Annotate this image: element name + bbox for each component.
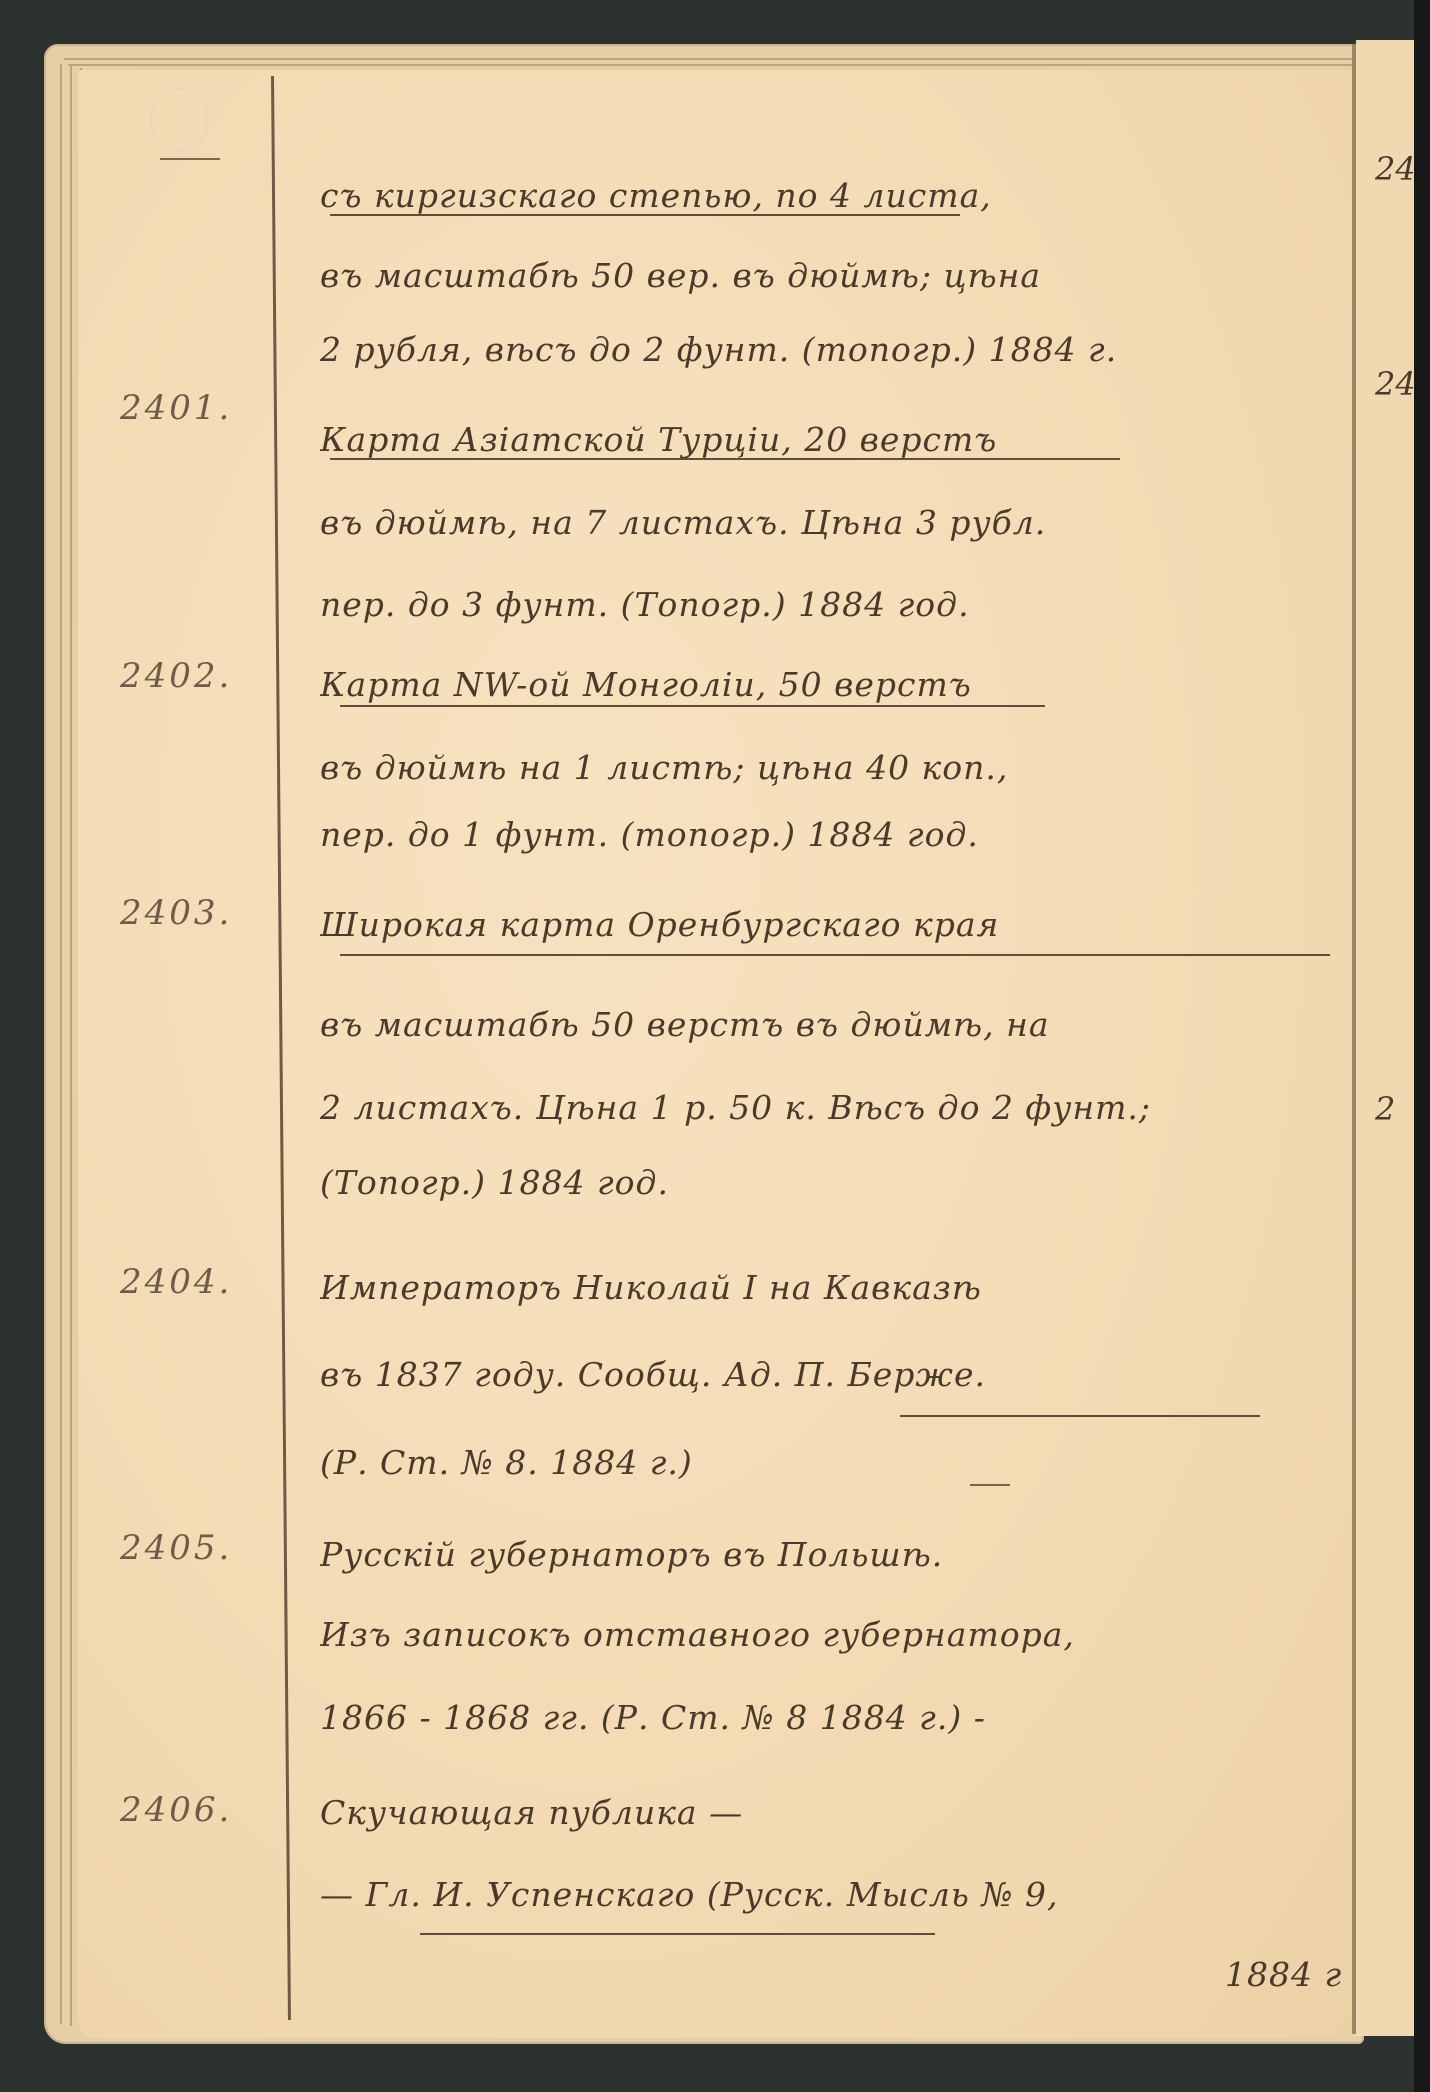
- entry-line: Императоръ Николай I на Кавказѣ: [320, 1268, 1340, 1307]
- entry-line: (Р. Ст. № 8. 1884 г.): [320, 1443, 1340, 1482]
- entry-line: пер. до 3 фунт. (Топогр.) 1884 год.: [320, 585, 1340, 624]
- entry-number: 2404.: [120, 1262, 270, 1302]
- entry-line: Карта NW-ой Монголіи, 50 верстъ: [320, 665, 1340, 704]
- underline: [330, 458, 1120, 460]
- page-edge-line: [70, 66, 72, 2026]
- entry-line: Скучающая публика —: [320, 1793, 1340, 1832]
- entry-line: Русскій губернаторъ въ Польшѣ.: [320, 1535, 1340, 1574]
- entry-line: Изъ записокъ отставного губернатора,: [320, 1615, 1340, 1654]
- entry-line: Широкая карта Оренбургскаго края: [320, 905, 1340, 944]
- underline: [340, 954, 1330, 956]
- adjacent-page: [1356, 40, 1414, 2036]
- page-edge-line: [64, 58, 1354, 60]
- entry-line: 2 рубля, вѣсъ до 2 фунт. (топогр.) 1884 …: [320, 330, 1340, 369]
- underline: [330, 214, 960, 216]
- entry-number: 2405.: [120, 1528, 270, 1568]
- entry-line: въ масштабѣ 50 верстъ въ дюймѣ, на: [320, 1005, 1340, 1044]
- entry-line: съ киргизскаго степью, по 4 листа,: [320, 176, 1340, 215]
- adjacent-page-number: 24: [1375, 150, 1413, 188]
- adjacent-page-number: 24: [1375, 365, 1413, 403]
- entry-line: въ 1837 году. Сообщ. Ад. П. Берже.: [320, 1355, 1340, 1394]
- entry-line: 1884 г.): [1225, 1955, 1345, 1994]
- adjacent-page-number: 2: [1375, 1090, 1413, 1128]
- entry-line: въ дюймѣ, на 7 листахъ. Цѣна 3 рубл.: [320, 503, 1340, 542]
- entry-line: въ дюймѣ на 1 листѣ; цѣна 40 коп.,: [320, 748, 1340, 787]
- page-edge-line: [68, 64, 1358, 66]
- binding-edge: [1414, 0, 1430, 2092]
- underline: [900, 1415, 1260, 1417]
- entry-number: 2402.: [120, 656, 270, 696]
- underline: [420, 1933, 935, 1935]
- margin-dash: [160, 158, 220, 160]
- underline: [340, 705, 1045, 707]
- page-gutter: [1352, 44, 1356, 2034]
- entry-number: 2401.: [120, 388, 270, 428]
- faded-stamp-icon: [150, 88, 209, 152]
- margin-dash: [970, 1484, 1010, 1486]
- page-edge-line: [60, 64, 62, 2024]
- entry-number: 2406.: [120, 1790, 270, 1830]
- entry-line: Карта Азіатской Турціи, 20 верстъ: [320, 420, 1340, 459]
- entry-line: — Гл. И. Успенскаго (Русск. Мысль № 9,: [320, 1875, 1340, 1914]
- entry-line: пер. до 1 фунт. (топогр.) 1884 год.: [320, 815, 1340, 854]
- entry-line: въ масштабѣ 50 вер. въ дюймѣ; цѣна: [320, 256, 1340, 295]
- entry-line: (Топогр.) 1884 год.: [320, 1163, 1340, 1202]
- entry-number: 2403.: [120, 893, 270, 933]
- entry-line: 1866 - 1868 гг. (Р. Ст. № 8 1884 г.) -: [320, 1698, 1340, 1737]
- entry-line: 2 листахъ. Цѣна 1 р. 50 к. Вѣсъ до 2 фун…: [320, 1088, 1340, 1127]
